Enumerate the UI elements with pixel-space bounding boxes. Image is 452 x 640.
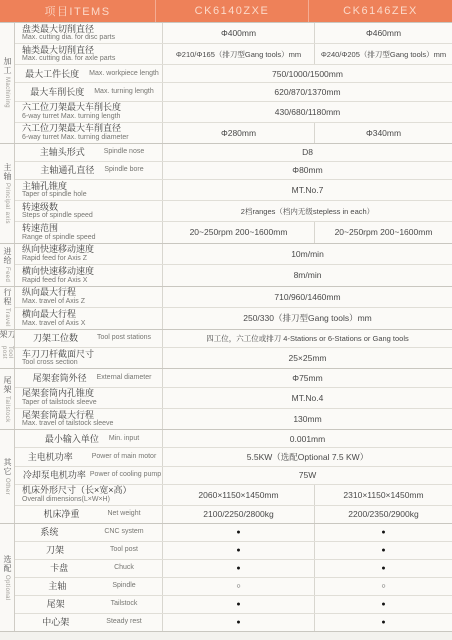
spec-value: 2310×1150×1450mm bbox=[314, 485, 452, 505]
group-label-zh: 主轴 bbox=[3, 163, 11, 181]
group-label-zh: 选配 bbox=[3, 555, 11, 573]
table-header-row: 项目ITEMS CK6140ZXE CK6146ZEX bbox=[0, 0, 452, 22]
spec-value: 620/870/1370mm bbox=[162, 83, 452, 100]
spec-value: 750/1000/1500mm bbox=[162, 65, 452, 82]
spec-values: ○○ bbox=[162, 578, 452, 595]
spec-label-en: Spindle nose bbox=[104, 148, 144, 156]
spec-label-zh: 六工位刀架最大车削长度 bbox=[22, 102, 162, 113]
spec-value: 250/330（排刀型Gang tools）mm bbox=[162, 308, 452, 329]
spec-label-en: Power of cooling pump bbox=[90, 471, 161, 479]
table-row: 冷却泵电机功率Power of cooling pump75W bbox=[15, 466, 452, 484]
spec-label-en: Rapid feed for Axis X bbox=[22, 277, 162, 285]
spec-value: 2档ranges（档内无级stepless in each） bbox=[162, 201, 452, 221]
spec-values: ●● bbox=[162, 614, 452, 631]
spec-values: Φ80mm bbox=[162, 162, 452, 179]
group-label-zh: 刀架 bbox=[0, 330, 15, 345]
availability-cell: ● bbox=[314, 542, 452, 559]
availability-cell: ● bbox=[314, 614, 452, 631]
group-label-en: Tool post bbox=[1, 346, 13, 368]
optional-dot-icon: ○ bbox=[381, 583, 385, 590]
group-sidebar-label: 选配Optional bbox=[0, 524, 15, 631]
optional-dot-icon: ○ bbox=[236, 583, 240, 590]
table-row: 最大工件长度Max. workpiece length750/1000/1500… bbox=[15, 64, 452, 82]
spec-values: ●● bbox=[162, 542, 452, 559]
spec-group: 行程Travel纵向最大行程Max. travel of Axis Z710/9… bbox=[0, 286, 452, 329]
spec-value: 2060×1150×1450mm bbox=[162, 485, 314, 505]
spec-label: 主电机功率Power of main motor bbox=[15, 448, 162, 465]
spec-label-en: Net weight bbox=[107, 510, 140, 518]
spec-label: 主轴Spindle bbox=[15, 578, 162, 595]
spec-value: Φ400mm bbox=[162, 23, 314, 43]
group-sidebar-label: 行程Travel bbox=[0, 287, 15, 329]
standard-dot-icon: ● bbox=[236, 529, 240, 536]
availability-cell: ● bbox=[314, 596, 452, 613]
group-sidebar-label: 加工Machining bbox=[0, 23, 15, 143]
spec-label-zh: 主轴头形式 bbox=[40, 147, 100, 158]
group-sidebar-label: 刀架Tool post bbox=[0, 330, 15, 369]
table-row: 转速级数Steps of spindle speed2档ranges（档内无级s… bbox=[15, 200, 452, 221]
spec-label-zh: 机床外形尺寸（长×宽×高） bbox=[22, 485, 162, 496]
table-row: 纵向最大行程Max. travel of Axis Z710/960/1460m… bbox=[15, 287, 452, 308]
group-sidebar-label: 其它Other bbox=[0, 430, 15, 522]
group-label-zh: 进给 bbox=[3, 247, 11, 265]
spec-label: 尾架套筒最大行程Max. travel of tailstock sleeve bbox=[15, 409, 162, 429]
standard-dot-icon: ● bbox=[381, 529, 385, 536]
spec-values: 750/1000/1500mm bbox=[162, 65, 452, 82]
spec-values: MT.No.4 bbox=[162, 388, 452, 408]
spec-label-zh: 盘类最大切削直径 bbox=[22, 24, 162, 35]
table-row: 系统CNC system●● bbox=[15, 524, 452, 541]
spec-value: 430/680/1180mm bbox=[162, 102, 452, 122]
spec-values: ●● bbox=[162, 596, 452, 613]
spec-label-zh: 系统 bbox=[40, 527, 100, 538]
table-row: 最小输入单位Min. input0.001mm bbox=[15, 430, 452, 447]
spec-label-zh: 纵向快速移动速度 bbox=[22, 244, 162, 255]
spec-label-en: Rapid feed for Axis Z bbox=[22, 255, 162, 263]
spec-label: 转速范围Range of spindle speed bbox=[15, 222, 162, 242]
table-row: 机床净重Net weight2100/2250/2800kg2200/2350/… bbox=[15, 505, 452, 523]
table-row: 纵向快速移动速度Rapid feed for Axis Z10m/min bbox=[15, 244, 452, 265]
spec-label: 纵向快速移动速度Rapid feed for Axis Z bbox=[15, 244, 162, 265]
spec-values: ●● bbox=[162, 524, 452, 541]
spec-table: 项目ITEMS CK6140ZXE CK6146ZEX 加工Machining盘… bbox=[0, 0, 452, 632]
spec-label: 盘类最大切削直径Max. cutting dia. for disc parts bbox=[15, 23, 162, 43]
availability-cell: ● bbox=[162, 596, 314, 613]
table-row: 主轴Spindle○○ bbox=[15, 577, 452, 595]
spec-label-en: Steady rest bbox=[106, 618, 141, 626]
spec-label-zh: 中心架 bbox=[42, 617, 102, 628]
spec-value: 2100/2250/2800kg bbox=[162, 506, 314, 523]
spec-label: 最大工件长度Max. workpiece length bbox=[15, 65, 162, 82]
spec-value: 5.5KW（选配Optional 7.5 KW） bbox=[162, 448, 452, 465]
table-row: 主轴通孔直径Spindle boreΦ80mm bbox=[15, 161, 452, 179]
spec-label: 横向最大行程Max. travel of Axis X bbox=[15, 308, 162, 329]
table-row: 六工位刀架最大车削直径6-way turret Max. turning dia… bbox=[15, 122, 452, 143]
spec-label-en: Tailstock bbox=[111, 600, 138, 608]
spec-label-zh: 横向快速移动速度 bbox=[22, 266, 162, 277]
spec-label-zh: 最小输入单位 bbox=[45, 434, 105, 445]
spec-values: 20~250rpm 200~1600mm20~250rpm 200~1600mm bbox=[162, 222, 452, 242]
spec-label-en: Max. travel of Axis Z bbox=[22, 298, 162, 306]
spec-label-en: Power of main motor bbox=[92, 453, 157, 461]
spec-label-en: 6-way turret Max. turning diameter bbox=[22, 134, 162, 142]
spec-values: 250/330（排刀型Gang tools）mm bbox=[162, 308, 452, 329]
spec-values: 5.5KW（选配Optional 7.5 KW） bbox=[162, 448, 452, 465]
spec-label-en: Spindle bore bbox=[104, 166, 143, 174]
group-label-zh: 加工 bbox=[3, 57, 11, 75]
spec-value: 0.001mm bbox=[162, 430, 452, 447]
spec-values: Φ400mmΦ460mm bbox=[162, 23, 452, 43]
spec-value: 25×25mm bbox=[162, 348, 452, 368]
spec-value: Φ80mm bbox=[162, 162, 452, 179]
spec-label: 六工位刀架最大车削长度6-way turret Max. turning len… bbox=[15, 102, 162, 122]
spec-label: 六工位刀架最大车削直径6-way turret Max. turning dia… bbox=[15, 123, 162, 143]
spec-label-zh: 主轴孔锥度 bbox=[22, 181, 162, 192]
spec-label-zh: 主轴通孔直径 bbox=[40, 165, 100, 176]
spec-values: D8 bbox=[162, 144, 452, 161]
spec-label-zh: 转速范围 bbox=[22, 223, 162, 234]
spec-values: 620/870/1370mm bbox=[162, 83, 452, 100]
standard-dot-icon: ● bbox=[236, 547, 240, 554]
table-row: 尾架套筒外径External diameterΦ75mm bbox=[15, 369, 452, 386]
spec-value: Φ280mm bbox=[162, 123, 314, 143]
spec-label-zh: 刀架 bbox=[46, 545, 106, 556]
table-row: 主电机功率Power of main motor5.5KW（选配Optional… bbox=[15, 447, 452, 465]
spec-label-zh: 横向最大行程 bbox=[22, 309, 162, 320]
spec-label-en: CNC system bbox=[104, 528, 143, 536]
spec-value: 四工位，六工位或排刀 4-Stations or 6-Stations or G… bbox=[162, 330, 452, 347]
spec-label-zh: 最大车削长度 bbox=[30, 87, 90, 98]
spec-label-zh: 转速级数 bbox=[22, 202, 162, 213]
table-row: 六工位刀架最大车削长度6-way turret Max. turning len… bbox=[15, 101, 452, 122]
standard-dot-icon: ● bbox=[236, 601, 240, 608]
availability-cell: ● bbox=[162, 524, 314, 541]
availability-cell: ● bbox=[162, 560, 314, 577]
spec-values: 710/960/1460mm bbox=[162, 287, 452, 308]
spec-label: 机床净重Net weight bbox=[15, 506, 162, 523]
group-sidebar-label: 尾架Tailstock bbox=[0, 369, 15, 429]
spec-values: 25×25mm bbox=[162, 348, 452, 368]
spec-values: Φ210/Φ165（排刀型Gang tools）mmΦ240/Φ205（排刀型G… bbox=[162, 44, 452, 64]
standard-dot-icon: ● bbox=[381, 601, 385, 608]
availability-cell: ○ bbox=[314, 578, 452, 595]
group-label-en: Tailstock bbox=[4, 396, 10, 423]
table-row: 横向快速移动速度Rapid feed for Axis X8m/min bbox=[15, 264, 452, 286]
spec-label-en: Range of spindle speed bbox=[22, 234, 162, 242]
availability-cell: ● bbox=[314, 560, 452, 577]
spec-label: 卡盘Chuck bbox=[15, 560, 162, 577]
spec-label-en: Overall dimensions(L×W×H) bbox=[22, 496, 162, 504]
spec-label: 横向快速移动速度Rapid feed for Axis X bbox=[15, 265, 162, 286]
spec-value: 130mm bbox=[162, 409, 452, 429]
group-label-zh: 行程 bbox=[3, 288, 11, 306]
spec-value: 8m/min bbox=[162, 265, 452, 286]
model-column-header-1: CK6140ZXE bbox=[155, 0, 308, 22]
spec-group: 选配Optional系统CNC system●●刀架Tool post●●卡盘C… bbox=[0, 523, 452, 631]
table-row: 刀架工位数Tool post stations四工位，六工位或排刀 4-Stat… bbox=[15, 330, 452, 347]
spec-label-en: Max. turning length bbox=[94, 88, 154, 96]
spec-values: 130mm bbox=[162, 409, 452, 429]
spec-label-zh: 六工位刀架最大车削直径 bbox=[22, 123, 162, 134]
table-row: 尾架Tailstock●● bbox=[15, 595, 452, 613]
table-row: 轴类最大切削直径Max. cutting dia. for axle parts… bbox=[15, 43, 452, 64]
standard-dot-icon: ● bbox=[236, 565, 240, 572]
spec-value: 10m/min bbox=[162, 244, 452, 265]
spec-label: 尾架Tailstock bbox=[15, 596, 162, 613]
spec-label: 轴类最大切削直径Max. cutting dia. for axle parts bbox=[15, 44, 162, 64]
spec-value: Φ240/Φ205（排刀型Gang tools）mm bbox=[314, 44, 452, 64]
spec-value: 20~250rpm 200~1600mm bbox=[314, 222, 452, 242]
spec-label: 尾架套筒外径External diameter bbox=[15, 369, 162, 386]
spec-value: 75W bbox=[162, 467, 452, 484]
spec-label-zh: 卡盘 bbox=[50, 563, 110, 574]
spec-label-en: Max. travel of tailstock sleeve bbox=[22, 420, 162, 428]
spec-label-en: Max. cutting dia. for disc parts bbox=[22, 34, 162, 42]
standard-dot-icon: ● bbox=[381, 565, 385, 572]
spec-label: 主轴头形式Spindle nose bbox=[15, 144, 162, 161]
spec-label-en: 6-way turret Max. turning length bbox=[22, 113, 162, 121]
spec-label: 冷却泵电机功率Power of cooling pump bbox=[15, 467, 162, 484]
spec-label-zh: 刀架工位数 bbox=[33, 333, 93, 344]
spec-label-zh: 尾架 bbox=[47, 599, 107, 610]
spec-value: 2200/2350/2900kg bbox=[314, 506, 452, 523]
spec-label-zh: 冷却泵电机功率 bbox=[23, 470, 86, 481]
table-row: 机床外形尺寸（长×宽×高）Overall dimensions(L×W×H)20… bbox=[15, 484, 452, 505]
model-column-header-2: CK6146ZEX bbox=[308, 0, 452, 22]
spec-group: 尾架Tailstock尾架套筒外径External diameterΦ75mm尾… bbox=[0, 368, 452, 429]
spec-value: MT.No.4 bbox=[162, 388, 452, 408]
spec-value: MT.No.7 bbox=[162, 180, 452, 200]
spec-label-en: Tool post stations bbox=[97, 334, 151, 342]
spec-label: 主轴通孔直径Spindle bore bbox=[15, 162, 162, 179]
standard-dot-icon: ● bbox=[381, 619, 385, 626]
table-row: 刀架Tool post●● bbox=[15, 541, 452, 559]
spec-label-zh: 最大工件长度 bbox=[25, 69, 85, 80]
spec-value: 710/960/1460mm bbox=[162, 287, 452, 308]
spec-label-zh: 主电机功率 bbox=[28, 452, 88, 463]
spec-label-en: Tool cross section bbox=[22, 359, 162, 367]
group-sidebar-label: 主轴Principal axis bbox=[0, 144, 15, 243]
group-label-zh: 其它 bbox=[3, 458, 11, 476]
spec-value: D8 bbox=[162, 144, 452, 161]
spec-label-en: Tool post bbox=[110, 546, 138, 554]
spec-label: 纵向最大行程Max. travel of Axis Z bbox=[15, 287, 162, 308]
spec-label-en: Taper of spindle hole bbox=[22, 191, 162, 199]
spec-value: Φ340mm bbox=[314, 123, 452, 143]
spec-values: 75W bbox=[162, 467, 452, 484]
spec-label: 转速级数Steps of spindle speed bbox=[15, 201, 162, 221]
availability-cell: ● bbox=[162, 614, 314, 631]
spec-values: Φ75mm bbox=[162, 369, 452, 386]
group-label-en: Machining bbox=[4, 77, 10, 108]
group-label-en: Travel bbox=[4, 308, 10, 327]
spec-values: 8m/min bbox=[162, 265, 452, 286]
spec-label: 机床外形尺寸（长×宽×高）Overall dimensions(L×W×H) bbox=[15, 485, 162, 505]
spec-group: 其它Other最小输入单位Min. input0.001mm主电机功率Power… bbox=[0, 429, 452, 522]
table-row: 尾架套筒最大行程Max. travel of tailstock sleeve1… bbox=[15, 408, 452, 429]
spec-label-en: Chuck bbox=[114, 564, 134, 572]
spec-label-en: Taper of tailstock sleeve bbox=[22, 399, 162, 407]
group-label-zh: 尾架 bbox=[3, 376, 11, 394]
spec-value: Φ210/Φ165（排刀型Gang tools）mm bbox=[162, 44, 314, 64]
spec-label-zh: 机床净重 bbox=[43, 509, 103, 520]
spec-values: ●● bbox=[162, 560, 452, 577]
availability-cell: ○ bbox=[162, 578, 314, 595]
spec-label: 系统CNC system bbox=[15, 524, 162, 541]
table-row: 主轴头形式Spindle noseD8 bbox=[15, 144, 452, 161]
table-row: 盘类最大切削直径Max. cutting dia. for disc parts… bbox=[15, 23, 452, 43]
spec-label: 车刀刀杆截面尺寸Tool cross section bbox=[15, 348, 162, 368]
table-body: 加工Machining盘类最大切削直径Max. cutting dia. for… bbox=[0, 22, 452, 632]
availability-cell: ● bbox=[162, 542, 314, 559]
table-row: 主轴孔锥度Taper of spindle holeMT.No.7 bbox=[15, 179, 452, 200]
spec-label: 最大车削长度Max. turning length bbox=[15, 83, 162, 100]
spec-label-zh: 轴类最大切削直径 bbox=[22, 45, 162, 56]
spec-label: 刀架Tool post bbox=[15, 542, 162, 559]
spec-values: 2100/2250/2800kg2200/2350/2900kg bbox=[162, 506, 452, 523]
spec-group: 刀架Tool post刀架工位数Tool post stations四工位，六工… bbox=[0, 329, 452, 369]
spec-label: 主轴孔锥度Taper of spindle hole bbox=[15, 180, 162, 200]
group-sidebar-label: 进给Feed bbox=[0, 244, 15, 286]
table-row: 车刀刀杆截面尺寸Tool cross section25×25mm bbox=[15, 347, 452, 368]
group-label-en: Other bbox=[4, 478, 10, 495]
spec-value: Φ75mm bbox=[162, 369, 452, 386]
spec-label: 刀架工位数Tool post stations bbox=[15, 330, 162, 347]
spec-value: Φ460mm bbox=[314, 23, 452, 43]
spec-label-en: Max. workpiece length bbox=[89, 70, 159, 78]
spec-label-zh: 尾架套筒最大行程 bbox=[22, 410, 162, 421]
group-label-en: Feed bbox=[4, 267, 10, 282]
spec-values: 2060×1150×1450mm2310×1150×1450mm bbox=[162, 485, 452, 505]
spec-label-zh: 尾架套筒内孔锥度 bbox=[22, 388, 162, 399]
group-label-en: Principal axis bbox=[4, 183, 10, 224]
spec-values: 10m/min bbox=[162, 244, 452, 265]
spec-label-en: External diameter bbox=[97, 374, 152, 382]
spec-values: Φ280mmΦ340mm bbox=[162, 123, 452, 143]
table-row: 转速范围Range of spindle speed20~250rpm 200~… bbox=[15, 221, 452, 242]
availability-cell: ● bbox=[314, 524, 452, 541]
spec-label-zh: 车刀刀杆截面尺寸 bbox=[22, 349, 162, 360]
table-row: 中心架Steady rest●● bbox=[15, 613, 452, 631]
items-column-header: 项目ITEMS bbox=[0, 0, 155, 22]
spec-label: 中心架Steady rest bbox=[15, 614, 162, 631]
spec-values: 430/680/1180mm bbox=[162, 102, 452, 122]
spec-values: 0.001mm bbox=[162, 430, 452, 447]
table-row: 最大车削长度Max. turning length620/870/1370mm bbox=[15, 82, 452, 100]
spec-label: 尾架套筒内孔锥度Taper of tailstock sleeve bbox=[15, 388, 162, 408]
spec-label-zh: 尾架套筒外径 bbox=[33, 373, 93, 384]
spec-label-en: Spindle bbox=[112, 582, 135, 590]
spec-group: 加工Machining盘类最大切削直径Max. cutting dia. for… bbox=[0, 22, 452, 143]
spec-value: 20~250rpm 200~1600mm bbox=[162, 222, 314, 242]
spec-label-zh: 主轴 bbox=[48, 581, 108, 592]
spec-group: 主轴Principal axis主轴头形式Spindle noseD8主轴通孔直… bbox=[0, 143, 452, 243]
standard-dot-icon: ● bbox=[236, 619, 240, 626]
table-row: 尾架套筒内孔锥度Taper of tailstock sleeveMT.No.4 bbox=[15, 387, 452, 408]
spec-label-en: Min. input bbox=[109, 435, 139, 443]
spec-values: 四工位，六工位或排刀 4-Stations or 6-Stations or G… bbox=[162, 330, 452, 347]
spec-label: 最小输入单位Min. input bbox=[15, 430, 162, 447]
table-row: 横向最大行程Max. travel of Axis X250/330（排刀型Ga… bbox=[15, 307, 452, 329]
standard-dot-icon: ● bbox=[381, 547, 385, 554]
spec-group: 进给Feed纵向快速移动速度Rapid feed for Axis Z10m/m… bbox=[0, 243, 452, 286]
spec-label-en: Max. cutting dia. for axle parts bbox=[22, 55, 162, 63]
spec-label-en: Steps of spindle speed bbox=[22, 212, 162, 220]
spec-label-zh: 纵向最大行程 bbox=[22, 287, 162, 298]
group-label-en: Optional bbox=[4, 575, 10, 601]
table-row: 卡盘Chuck●● bbox=[15, 559, 452, 577]
spec-values: MT.No.7 bbox=[162, 180, 452, 200]
spec-label-en: Max. travel of Axis X bbox=[22, 320, 162, 328]
spec-values: 2档ranges（档内无级stepless in each） bbox=[162, 201, 452, 221]
